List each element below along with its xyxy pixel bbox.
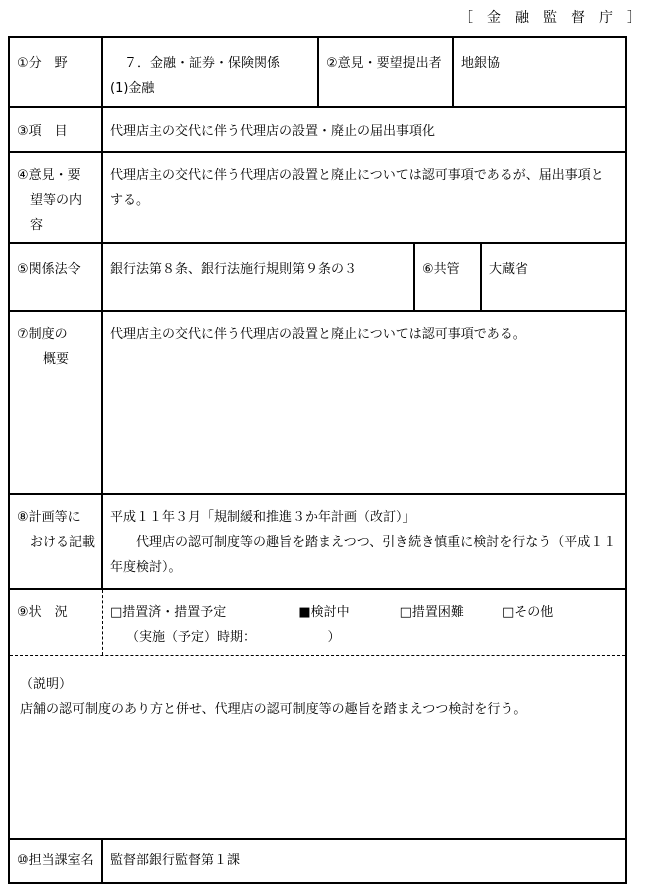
status-option-difficult: □措置困難 — [400, 600, 464, 625]
row-explanation: （説明） 店舗の認可制度のあり方と併せ、代理店の認可制度等の趣旨を踏まえつつ検討… — [10, 656, 625, 840]
row-field-system-summary: ⑦制度の 概要 代理店主の交代に伴う代理店の設置と廃止については認可事項である。 — [10, 312, 625, 495]
plan-value-line2: 代理店の認可制度等の趣旨を踏まえつつ、引き続き慎重に検討を行なう（平成１１ — [110, 530, 619, 555]
system-summary-label-cell: ⑦制度の 概要 — [10, 312, 103, 493]
opinion-label-line1: ④意見・要 — [17, 163, 95, 188]
row-field-status: ⑨状 況 □措置済・措置予定 ■検討中 □措置困難 □その他 （実施（予定）時期… — [10, 590, 625, 656]
laws-value-cell: 銀行法第８条、銀行法施行規則第９条の３ — [103, 244, 415, 310]
item-value-cell: 代理店主の交代に伴う代理店の設置・廃止の届出事項化 — [103, 108, 625, 151]
division-value: 監督部銀行監督第１課 — [110, 848, 619, 873]
explanation-cell: （説明） 店舗の認可制度のあり方と併せ、代理店の認可制度等の趣旨を踏まえつつ検討… — [10, 656, 625, 838]
status-schedule-line: （実施（予定）時期： ） — [126, 625, 619, 650]
status-label-cell: ⑨状 況 — [10, 590, 103, 655]
row-field-division: ⑩担当課室名 監督部銀行監督第１課 — [10, 840, 625, 882]
item-value: 代理店主の交代に伴う代理店の設置・廃止の届出事項化 — [110, 119, 619, 144]
checkbox-unchecked-icon: □ — [110, 605, 122, 620]
row-field-plan: ⑧計画等に おける記載 平成１１年３月「規制緩和推進３か年計画（改訂）」 代理店… — [10, 495, 625, 590]
status-option-implemented: □措置済・措置予定 — [110, 600, 226, 625]
explanation-title: （説明） — [20, 672, 619, 697]
item-label-cell: ③項 目 — [10, 108, 103, 151]
category-value-line2: (1)金融 — [110, 76, 311, 101]
system-summary-value-cell: 代理店主の交代に伴う代理店の設置と廃止については認可事項である。 — [103, 312, 625, 493]
joint-value-cell: 大蔵省 — [482, 244, 625, 310]
plan-value-line3: 年度検討）。 — [110, 555, 619, 580]
checkbox-unchecked-icon: □ — [502, 605, 514, 620]
joint-label: ⑥共管 — [422, 257, 474, 282]
status-option-other: □その他 — [502, 600, 553, 625]
item-label: ③項 目 — [17, 119, 95, 144]
opinion-value-cell: 代理店主の交代に伴う代理店の設置と廃止については認可事項であるが、届出事項と す… — [103, 153, 625, 242]
submitter-value-cell: 地銀協 — [454, 38, 625, 106]
status-option-implemented-label: 措置済・措置予定 — [122, 605, 226, 620]
submitter-label-cell: ②意見・要望提出者 — [319, 38, 454, 106]
laws-label-cell: ⑤関係法令 — [10, 244, 103, 310]
category-value-cell: ７．金融・証券・保険関係 (1)金融 — [103, 38, 319, 106]
system-summary-label-line2: 概要 — [17, 347, 95, 372]
status-label: ⑨状 況 — [17, 600, 96, 625]
submitter-label: ②意見・要望提出者 — [326, 51, 446, 76]
opinion-value-line2: する。 — [110, 188, 619, 213]
status-options: □措置済・措置予定 ■検討中 □措置困難 □その他 — [110, 600, 619, 625]
laws-value: 銀行法第８条、銀行法施行規則第９条の３ — [110, 257, 407, 282]
status-value-cell: □措置済・措置予定 ■検討中 □措置困難 □その他 （実施（予定）時期： ） — [103, 590, 625, 655]
division-label: ⑩担当課室名 — [17, 848, 95, 873]
joint-value: 大蔵省 — [489, 257, 619, 282]
plan-value-cell: 平成１１年３月「規制緩和推進３か年計画（改訂）」 代理店の認可制度等の趣旨を踏ま… — [103, 495, 625, 588]
category-label-cell: ①分 野 — [10, 38, 103, 106]
plan-label-line1: ⑧計画等に — [17, 505, 95, 530]
joint-label-cell: ⑥共管 — [415, 244, 482, 310]
submitter-value: 地銀協 — [461, 51, 619, 76]
plan-value-line1: 平成１１年３月「規制緩和推進３か年計画（改訂）」 — [110, 505, 619, 530]
status-option-under-review-label: 検討中 — [311, 605, 350, 620]
system-summary-value: 代理店主の交代に伴う代理店の設置と廃止については認可事項である。 — [110, 322, 619, 347]
opinion-label-cell: ④意見・要 望等の内 容 — [10, 153, 103, 242]
form-table: ①分 野 ７．金融・証券・保険関係 (1)金融 ②意見・要望提出者 地銀協 ③項… — [8, 36, 627, 884]
system-summary-label-line1: ⑦制度の — [17, 322, 95, 347]
division-label-cell: ⑩担当課室名 — [10, 840, 103, 882]
plan-label-line2: おける記載 — [17, 530, 95, 555]
laws-label: ⑤関係法令 — [17, 257, 95, 282]
opinion-value-line1: 代理店主の交代に伴う代理店の設置と廃止については認可事項であるが、届出事項と — [110, 163, 619, 188]
category-label: ①分 野 — [17, 51, 95, 76]
checkbox-checked-icon: ■ — [298, 605, 310, 620]
opinion-label-line3: 容 — [17, 213, 95, 238]
row-field-item: ③項 目 代理店主の交代に伴う代理店の設置・廃止の届出事項化 — [10, 108, 625, 153]
plan-label-cell: ⑧計画等に おける記載 — [10, 495, 103, 588]
row-field-laws: ⑤関係法令 銀行法第８条、銀行法施行規則第９条の３ ⑥共管 大蔵省 — [10, 244, 625, 312]
row-field-category: ①分 野 ７．金融・証券・保険関係 (1)金融 ②意見・要望提出者 地銀協 — [10, 38, 625, 108]
status-option-under-review: ■検討中 — [298, 600, 349, 625]
status-option-difficult-label: 措置困難 — [412, 605, 464, 620]
row-field-opinion: ④意見・要 望等の内 容 代理店主の交代に伴う代理店の設置と廃止については認可事… — [10, 153, 625, 244]
agency-header: ［ 金 融 監 督 庁 ］ — [459, 7, 641, 27]
status-option-other-label: その他 — [514, 605, 553, 620]
category-value-line1: ７．金融・証券・保険関係 — [110, 51, 311, 76]
checkbox-unchecked-icon: □ — [400, 605, 412, 620]
division-value-cell: 監督部銀行監督第１課 — [103, 840, 625, 882]
opinion-label-line2: 望等の内 — [17, 188, 95, 213]
explanation-body: 店舗の認可制度のあり方と併せ、代理店の認可制度等の趣旨を踏まえつつ検討を行う。 — [20, 697, 619, 722]
